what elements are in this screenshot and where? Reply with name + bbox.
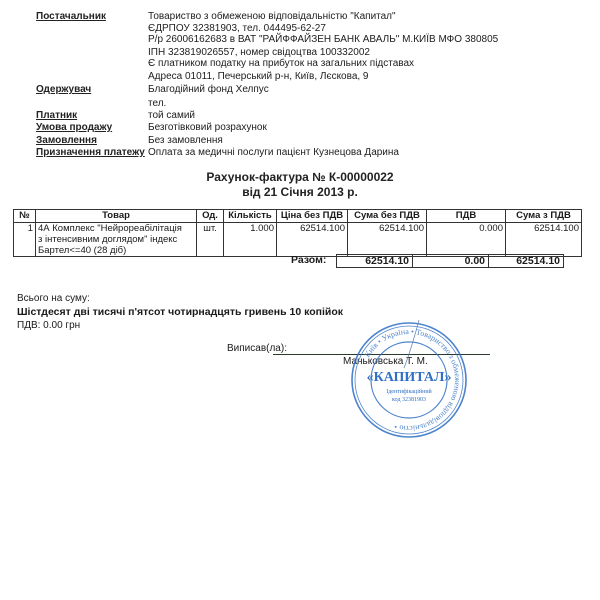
invoice-table: № Товар Од. Кількість Ціна без ПДВ Сума … (13, 209, 582, 257)
company-stamp-icon: Київ • Україна • Товариство з обмеженою … (349, 320, 469, 440)
invoice-date: від 21 Січня 2013 р. (0, 185, 600, 199)
supplier-name: Товариство з обмеженою відповідальністю … (148, 11, 396, 23)
col-number: № (14, 210, 36, 223)
total-vat: 0.00 (412, 254, 489, 268)
order-label: Замовлення (36, 135, 97, 147)
recipient-value: Благодійний фонд Хелпус (148, 84, 269, 96)
total-sum-vat: 62514.10 (488, 254, 564, 268)
col-sum-no-vat: Сума без ПДВ (348, 210, 427, 223)
row-item-line: з інтенсивним доглядом" індекс (38, 234, 194, 245)
supplier-tax: Є платником податку на прибуток на загал… (148, 58, 414, 70)
table-row: 1 4А Комплекс "Нейрореабілітація з інтен… (14, 223, 582, 257)
supplier-address: Адреса 01011, Печерський р-н, Київ, Лєск… (148, 71, 369, 83)
amount-in-words: Шістдесят дві тисячі п'ятсот чотирнадцят… (17, 306, 343, 318)
row-unit: шт. (197, 223, 224, 257)
row-sum-no-vat: 62514.100 (348, 223, 427, 257)
row-number: 1 (14, 223, 36, 257)
purpose-label: Призначення платежу (36, 147, 145, 159)
stamp-id-label: Ідентифікаційний (386, 388, 432, 395)
order-value: Без замовлення (148, 135, 223, 147)
stamp-id-code: код 32381903 (392, 397, 426, 403)
total-sum-label: Всього на суму: (17, 293, 90, 304)
col-vat: ПДВ (427, 210, 506, 223)
stamp-company: «КАПИТАЛ» (367, 370, 452, 385)
total-sum-no-vat: 62514.10 (336, 254, 413, 268)
totals-label: Разом: (291, 254, 326, 266)
row-vat: 0.000 (427, 223, 506, 257)
recipient-phone: тел. (148, 98, 166, 110)
sale-terms-label: Умова продажу (36, 122, 112, 134)
recipient-label: Одержувач (36, 84, 91, 96)
signature-label: Виписав(ла): (227, 343, 287, 354)
col-unit: Од. (197, 210, 224, 223)
col-price: Ціна без ПДВ (277, 210, 348, 223)
supplier-label: Постачальник (36, 11, 106, 23)
purpose-value: Оплата за медичні послуги пацієнт Кузнец… (148, 147, 399, 159)
col-item: Товар (36, 210, 197, 223)
row-item-line: 4А Комплекс "Нейрореабілітація (38, 223, 194, 234)
payer-label: Платник (36, 110, 77, 122)
invoice-title: Рахунок-фактура № К-00000022 (0, 170, 600, 184)
table-header-row: № Товар Од. Кількість Ціна без ПДВ Сума … (14, 210, 582, 223)
row-item-line: Бартел<=40 (28 діб) (38, 245, 194, 256)
payer-value: той самий (148, 110, 195, 122)
sale-terms-value: Безготівковий розрахунок (148, 122, 267, 134)
col-qty: Кількість (224, 210, 277, 223)
row-sum-vat: 62514.100 (506, 223, 582, 257)
row-price: 62514.100 (277, 223, 348, 257)
vat-summary: ПДВ: 0.00 грн (17, 320, 80, 331)
supplier-bank: Р/р 26006162683 в ВАТ "РАЙФФАЙЗЕН БАНК А… (148, 34, 498, 46)
col-sum-vat: Сума з ПДВ (506, 210, 582, 223)
row-item: 4А Комплекс "Нейрореабілітація з інтенси… (36, 223, 197, 257)
row-qty: 1.000 (224, 223, 277, 257)
